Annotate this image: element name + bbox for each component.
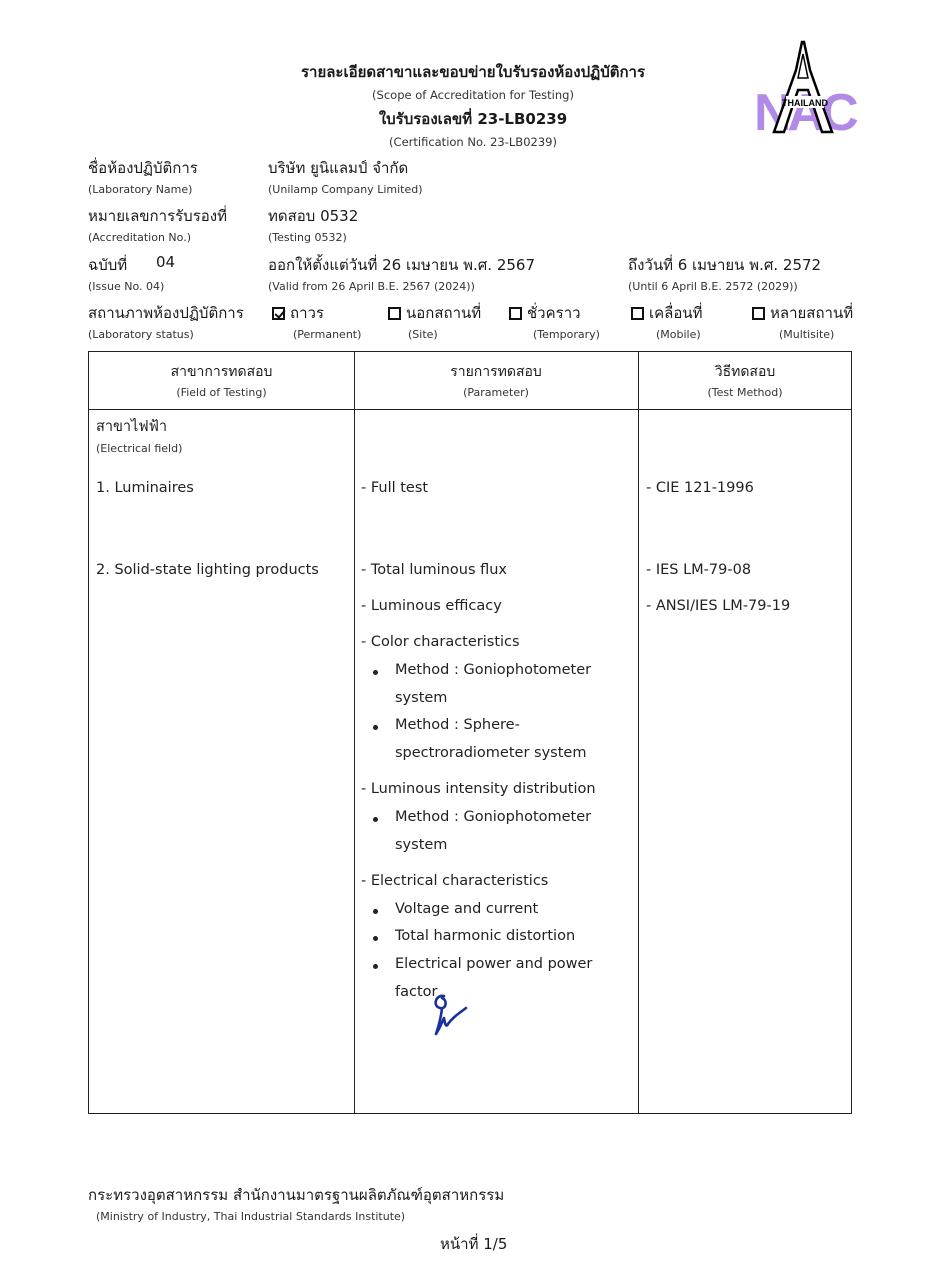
page-number: หน้าที่ 1/5 bbox=[440, 1232, 507, 1256]
status-site-en: (Site) bbox=[408, 328, 438, 341]
issue-label: ฉบับที่ bbox=[88, 253, 127, 277]
parameter-subitem-continued: system bbox=[395, 690, 447, 706]
lab-name-value: บริษัท ยูนิแลมป์ จำกัด bbox=[268, 156, 408, 180]
column-header-method: วิธีทดสอบ (Test Method) bbox=[638, 362, 852, 404]
parameter-item: - Luminous intensity distribution bbox=[361, 781, 596, 797]
ministry-name-en: (Ministry of Industry, Thai Industrial S… bbox=[96, 1210, 405, 1223]
valid-from: ออกให้ตั้งแต่วันที่ 26 เมษายน พ.ศ. 2567 bbox=[268, 253, 535, 277]
valid-until: ถึงวันที่ 6 เมษายน พ.ศ. 2572 bbox=[628, 253, 821, 277]
issue-label-en: (Issue No. 04) bbox=[88, 280, 164, 293]
field-item: 2. Solid-state lighting products bbox=[96, 562, 319, 578]
parameter-item: - Total luminous flux bbox=[361, 562, 507, 578]
lab-name-label: ชื่อห้องปฏิบัติการ bbox=[88, 156, 198, 180]
parameter-subitem-continued: system bbox=[395, 837, 447, 853]
accreditation-value-en: (Testing 0532) bbox=[268, 231, 347, 244]
column-divider bbox=[354, 352, 355, 1113]
svg-text:THAILAND: THAILAND bbox=[782, 98, 828, 108]
signature-mark bbox=[430, 988, 470, 1038]
method-item: - ANSI/IES LM-79-19 bbox=[646, 598, 790, 614]
nac-thailand-logo: NAC THAILAND bbox=[752, 40, 857, 140]
status-site[interactable]: นอกสถานที่ bbox=[388, 301, 481, 325]
lab-status-label-en: (Laboratory status) bbox=[88, 328, 194, 341]
column-divider bbox=[638, 352, 639, 1113]
header-divider bbox=[89, 409, 851, 410]
issue-value: 04 bbox=[156, 253, 175, 271]
valid-from-en: (Valid from 26 April B.E. 2567 (2024)) bbox=[268, 280, 475, 293]
accreditation-label-en: (Accreditation No.) bbox=[88, 231, 191, 244]
svg-text:NAC: NAC bbox=[754, 84, 857, 140]
status-permanent[interactable]: ถาวร bbox=[272, 301, 324, 325]
lab-status-label: สถานภาพห้องปฏิบัติการ bbox=[88, 301, 244, 325]
status-multisite-en: (Multisite) bbox=[779, 328, 834, 341]
status-multisite[interactable]: หลายสถานที่ bbox=[752, 301, 853, 325]
status-permanent-en: (Permanent) bbox=[293, 328, 361, 341]
ministry-name: กระทรวงอุตสาหกรรม สำนักงานมาตรฐานผลิตภัณ… bbox=[88, 1183, 504, 1207]
checkbox-icon[interactable] bbox=[631, 307, 644, 320]
parameter-item: - Color characteristics bbox=[361, 634, 520, 650]
valid-until-en: (Until 6 April B.E. 2572 (2029)) bbox=[628, 280, 798, 293]
status-mobile[interactable]: เคลื่อนที่ bbox=[631, 301, 703, 325]
parameter-subitem-continued: spectroradiometer system bbox=[395, 745, 586, 761]
parameter-subitem: Total harmonic distortion bbox=[395, 928, 575, 944]
accreditation-label: หมายเลขการรับรองที่ bbox=[88, 204, 227, 228]
accreditation-value: ทดสอบ 0532 bbox=[268, 204, 358, 228]
field-category: สาขาไฟฟ้า bbox=[96, 415, 167, 438]
parameter-item: - Electrical characteristics bbox=[361, 873, 548, 889]
parameter-subitem: Electrical power and power bbox=[395, 956, 592, 972]
lab-name-label-en: (Laboratory Name) bbox=[88, 183, 192, 196]
checkbox-icon[interactable] bbox=[388, 307, 401, 320]
field-category-en: (Electrical field) bbox=[96, 442, 182, 455]
parameter-item: - Luminous efficacy bbox=[361, 598, 502, 614]
checkbox-icon[interactable] bbox=[509, 307, 522, 320]
lab-name-value-en: (Unilamp Company Limited) bbox=[268, 183, 423, 196]
column-header-field: สาขาการทดสอบ (Field of Testing) bbox=[89, 362, 354, 404]
status-mobile-en: (Mobile) bbox=[656, 328, 701, 341]
column-header-parameter: รายการทดสอบ (Parameter) bbox=[354, 362, 638, 404]
method-item: - CIE 121-1996 bbox=[646, 480, 754, 496]
status-temporary[interactable]: ชั่วคราว bbox=[509, 301, 581, 325]
parameter-subitem: Method : Goniophotometer bbox=[395, 662, 591, 678]
checkbox-icon[interactable] bbox=[752, 307, 765, 320]
status-temporary-en: (Temporary) bbox=[533, 328, 600, 341]
checkbox-checked-icon[interactable] bbox=[272, 307, 285, 320]
parameter-subitem: Voltage and current bbox=[395, 901, 538, 917]
parameter-item: - Full test bbox=[361, 480, 428, 496]
parameter-subitem: Method : Goniophotometer bbox=[395, 809, 591, 825]
method-item: - IES LM-79-08 bbox=[646, 562, 751, 578]
field-item: 1. Luminaires bbox=[96, 480, 194, 496]
parameter-subitem: Method : Sphere- bbox=[395, 717, 520, 733]
